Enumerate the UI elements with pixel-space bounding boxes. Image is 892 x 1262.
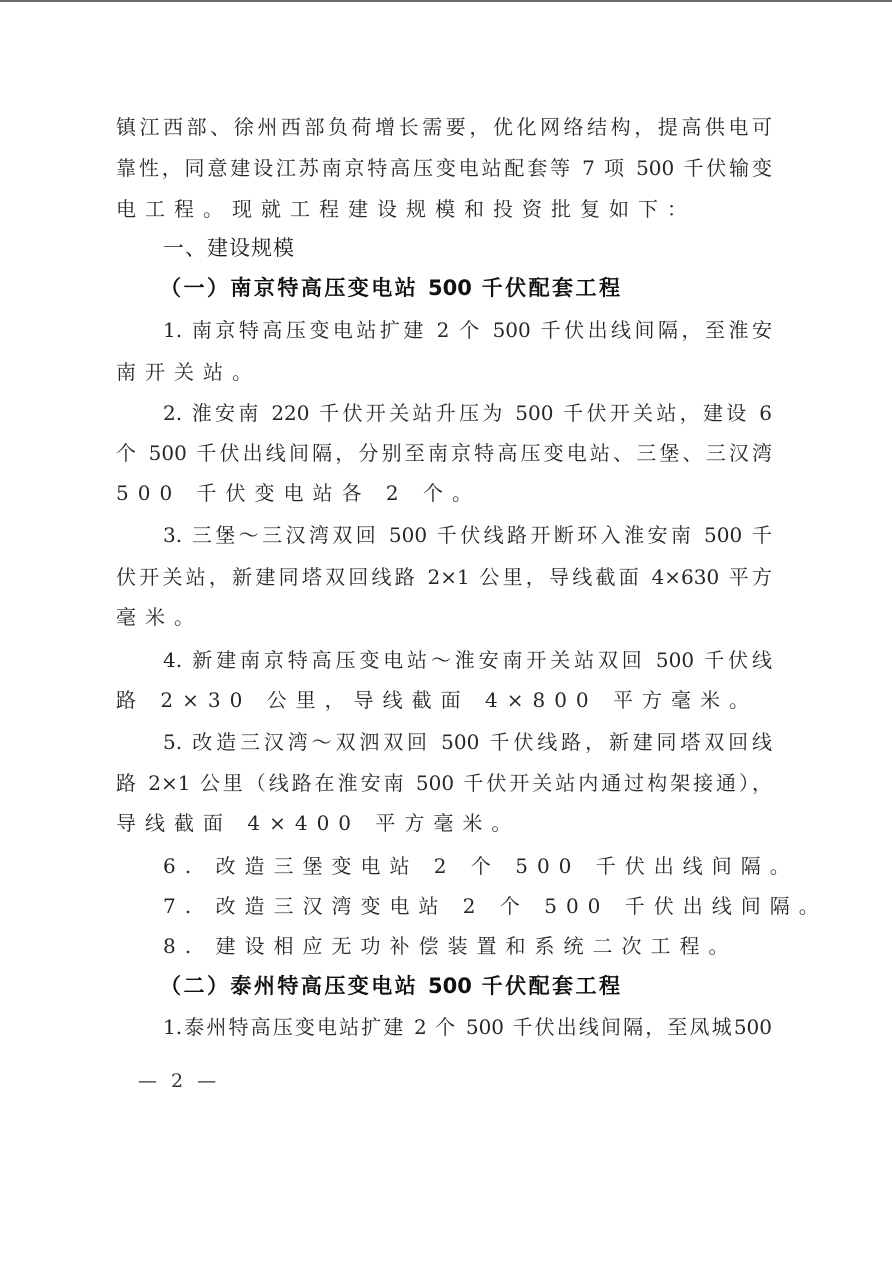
- item-1-line-1: 1. 南京特高压变电站扩建 2 个 500 千伏出线间隔，至淮安: [163, 315, 772, 345]
- paragraph-intro-line-2: 靠性，同意建设江苏南京特高压变电站配套等 7 项 500 千伏输变: [116, 153, 772, 183]
- item-5-line-2: 路 2×1 公里（线路在淮安南 500 千伏开关站内通过构架接通），: [116, 768, 772, 798]
- paragraph-intro-line-3: 电工程。现就工程建设规模和投资批复如下：: [116, 194, 772, 224]
- item-5-line-1: 5. 改造三汉湾～双泗双回 500 千伏线路，新建同塔双回线: [163, 727, 772, 757]
- section-heading-construction-scale: 一、建设规模: [163, 233, 772, 263]
- subsection-heading-nanjing: （一）南京特高压变电站 500 千伏配套工程: [160, 273, 620, 303]
- page-number: — 2 —: [138, 1068, 220, 1094]
- item-3-line-3: 毫米。: [116, 602, 772, 632]
- item-2-line-2: 个 500 千伏出线间隔，分别至南京特高压变电站、三堡、三汉湾: [116, 438, 772, 468]
- item-1-line-2: 南开关站。: [116, 357, 772, 387]
- item-3-line-2: 伏开关站，新建同塔双回线路 2×1 公里，导线截面 4×630 平方: [116, 562, 772, 592]
- subsection-heading-taizhou: （二）泰州特高压变电站 500 千伏配套工程: [160, 971, 620, 1001]
- item-7: 7. 改造三汉湾变电站 2 个 500 千伏出线间隔。: [163, 891, 772, 921]
- item-4-line-1: 4. 新建南京特高压变电站～淮安南开关站双回 500 千伏线: [163, 645, 772, 675]
- item-3-line-1: 3. 三堡～三汉湾双回 500 千伏线路开断环入淮安南 500 千: [163, 520, 772, 550]
- paragraph-intro-line-1: 镇江西部、徐州西部负荷增长需要，优化网络结构，提高供电可: [116, 112, 772, 142]
- item-2-line-1: 2. 淮安南 220 千伏开关站升压为 500 千伏开关站，建设 6: [163, 398, 772, 428]
- item-4-line-2: 路 2×30 公里，导线截面 4×800 平方毫米。: [116, 685, 772, 715]
- item-2-line-3: 500 千伏变电站各 2 个。: [116, 478, 772, 508]
- item-6: 6. 改造三堡变电站 2 个 500 千伏出线间隔。: [163, 851, 772, 881]
- taizhou-item-1-line-1: 1.泰州特高压变电站扩建 2 个 500 千伏出线间隔，至凤城500: [163, 1012, 772, 1042]
- item-8: 8. 建设相应无功补偿装置和系统二次工程。: [163, 931, 772, 961]
- document-page: 镇江西部、徐州西部负荷增长需要，优化网络结构，提高供电可 靠性，同意建设江苏南京…: [0, 0, 892, 1262]
- item-5-line-3: 导线截面 4×400 平方毫米。: [116, 808, 772, 838]
